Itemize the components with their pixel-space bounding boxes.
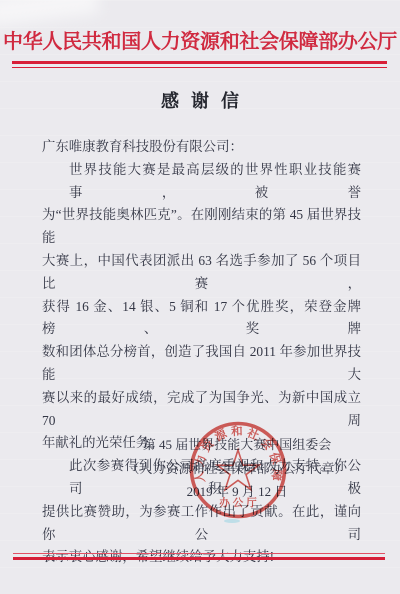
header-rule-thin	[12, 67, 387, 68]
seal-star-icon	[217, 450, 259, 490]
svg-text:人力资源和社会保障部: 人力资源和社会保障部	[178, 411, 284, 484]
scan-glare	[0, 0, 99, 27]
body-line: 数和团体总分榜首，创造了我国自 2011 年参加世界技能大	[42, 341, 361, 387]
letterhead-title: 中华人民共和国人力资源和社会保障部办公厅	[0, 25, 400, 54]
seal-bottom-text: 办公厅	[219, 496, 260, 509]
body-line: 获得 16 金、14 银、5 铜和 17 个优胜奖，荣登金牌榜、奖牌	[42, 296, 361, 342]
footer-rule-thin	[13, 553, 385, 554]
official-seal-stamp: 人力资源和社会保障部 办公厅	[178, 411, 298, 531]
body-line: 大赛上，中国代表团派出 63 名选手参加了 56 个项目比赛，	[42, 250, 361, 296]
seal-arc-text: 人力资源和社会保障部	[178, 411, 284, 484]
body-line: 为“世界技能奥林匹克”。在刚刚结束的第 45 届世界技能	[42, 204, 361, 250]
scanned-letter-page: 中华人民共和国人力资源和社会保障部办公厅 感谢信 广东唯康教育科技股份有限公司：…	[0, 0, 400, 594]
salutation: 广东唯康教育科技股份有限公司：	[42, 136, 361, 159]
scan-artifact	[224, 519, 240, 523]
letter-title: 感谢信	[0, 87, 400, 113]
footer-rule-thick	[13, 557, 385, 560]
body-line: 世界技能大赛是最高层级的世界性职业技能赛事，被誉	[42, 159, 361, 205]
header-rule-thick	[12, 61, 387, 64]
